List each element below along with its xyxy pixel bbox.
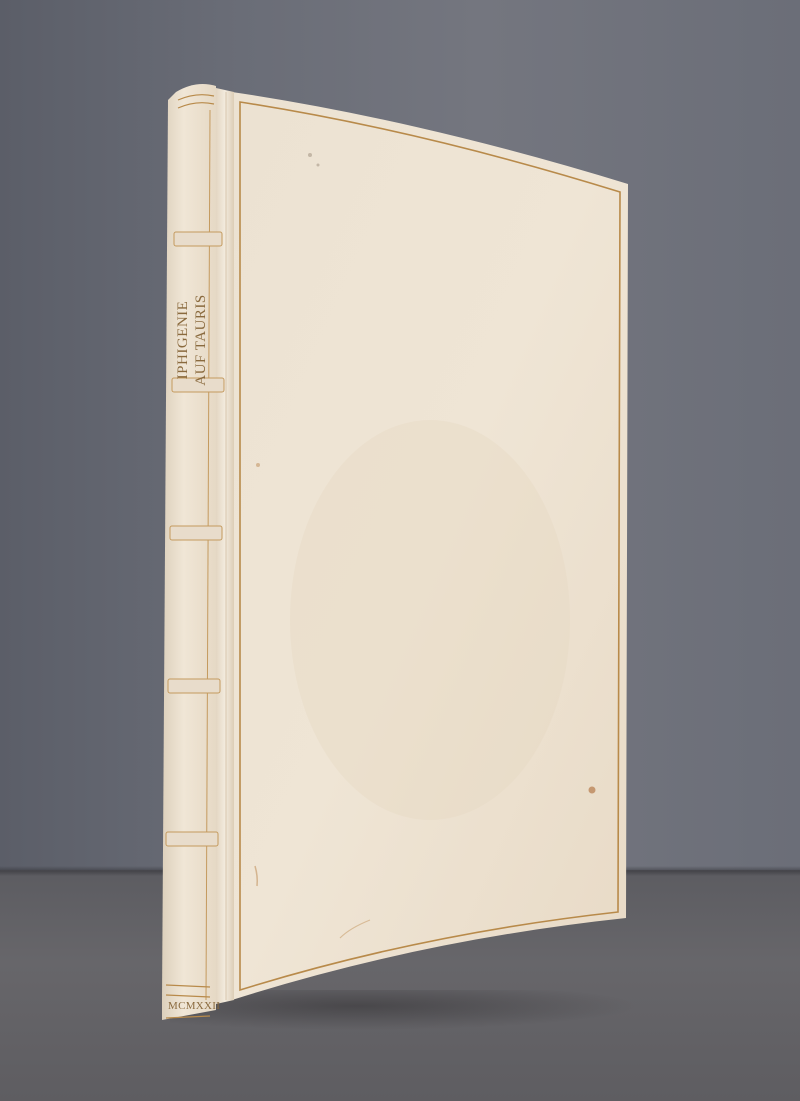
front-cover	[232, 92, 628, 1000]
book-joint	[216, 88, 234, 1004]
spine-title-line1: IPHIGENIE	[174, 280, 192, 400]
spine-title: IPHIGENIE AUF TAURIS	[174, 280, 218, 400]
raised-band	[168, 679, 220, 693]
raised-band	[166, 832, 218, 846]
spine-date: MCMXXII	[168, 1000, 214, 1016]
spine-title-line2: AUF TAURIS	[192, 280, 210, 400]
book-spine	[162, 84, 224, 1020]
raised-band	[174, 232, 222, 246]
book	[0, 0, 800, 1101]
raised-band	[170, 526, 222, 540]
